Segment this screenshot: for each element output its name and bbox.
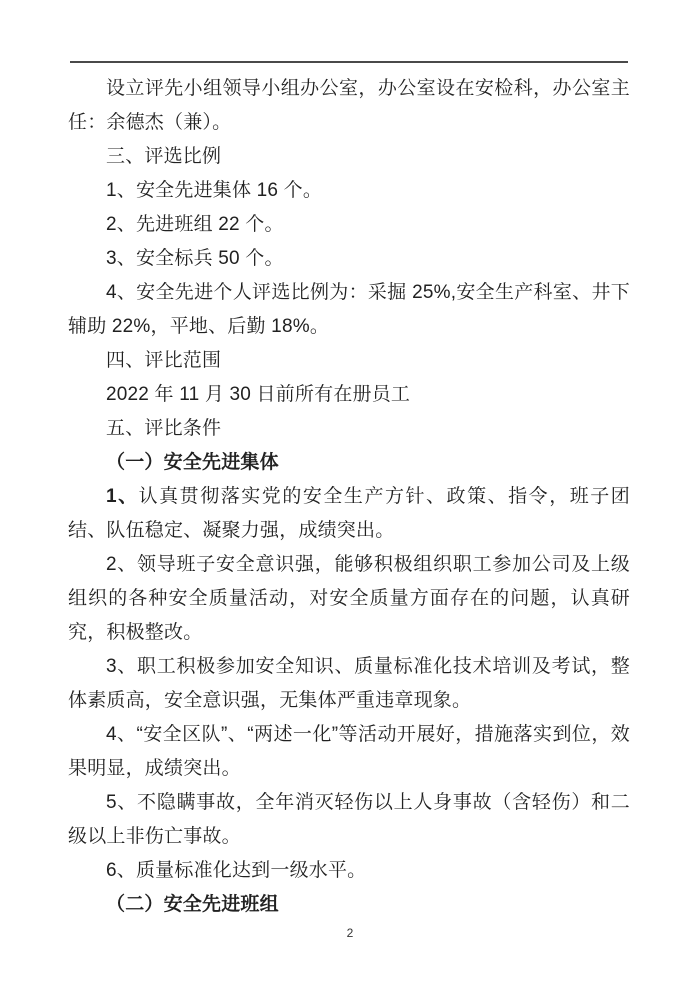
list-item: 4、“安全区队”、“两述一化”等活动开展好，措施落实到位，效果明显，成绩突出。 xyxy=(68,718,630,786)
document-body: 设立评先小组领导小组办公室，办公室设在安检科，办公室主任：余德杰（兼）。 三、评… xyxy=(68,72,630,922)
list-number-bold: 1、 xyxy=(106,486,139,507)
list-item: 2、领导班子安全意识强，能够积极组织职工参加公司及上级组织的各种安全质量活动，对… xyxy=(68,548,630,650)
paragraph: 三、评选比例 xyxy=(68,140,630,174)
list-item-text: 认真贯彻落实党的安全生产方针、政策、指令，班子团结、队伍稳定、凝聚力强，成绩突出… xyxy=(68,486,630,541)
list-item: 3、职工积极参加安全知识、质量标准化技术培训及考试，整体素质高，安全意识强，无集… xyxy=(68,650,630,718)
list-item: 2、先进班组 22 个。 xyxy=(68,208,630,242)
paragraph: 四、评比范围 xyxy=(68,344,630,378)
paragraph: 设立评先小组领导小组办公室，办公室设在安检科，办公室主任：余德杰（兼）。 xyxy=(68,72,630,140)
list-item: 6、质量标准化达到一级水平。 xyxy=(68,854,630,888)
list-item: 4、安全先进个人评选比例为：采掘 25%,安全生产科室、井下辅助 22%，平地、… xyxy=(68,276,630,344)
section-heading: （二）安全先进班组 xyxy=(68,888,630,922)
paragraph: 五、评比条件 xyxy=(68,412,630,446)
list-item: 5、不隐瞒事故，全年消灭轻伤以上人身事故（含轻伤）和二级以上非伤亡事故。 xyxy=(68,786,630,854)
document-page: 设立评先小组领导小组办公室，办公室设在安检科，办公室主任：余德杰（兼）。 三、评… xyxy=(0,0,700,990)
section-heading: （一）安全先进集体 xyxy=(68,446,630,480)
list-item: 1、认真贯彻落实党的安全生产方针、政策、指令，班子团结、队伍稳定、凝聚力强，成绩… xyxy=(68,480,630,548)
header-divider xyxy=(70,61,628,63)
paragraph: 2022 年 11 月 30 日前所有在册员工 xyxy=(68,378,630,412)
list-item: 3、安全标兵 50 个。 xyxy=(68,242,630,276)
list-item: 1、安全先进集体 16 个。 xyxy=(68,174,630,208)
page-number: 2 xyxy=(0,926,700,940)
